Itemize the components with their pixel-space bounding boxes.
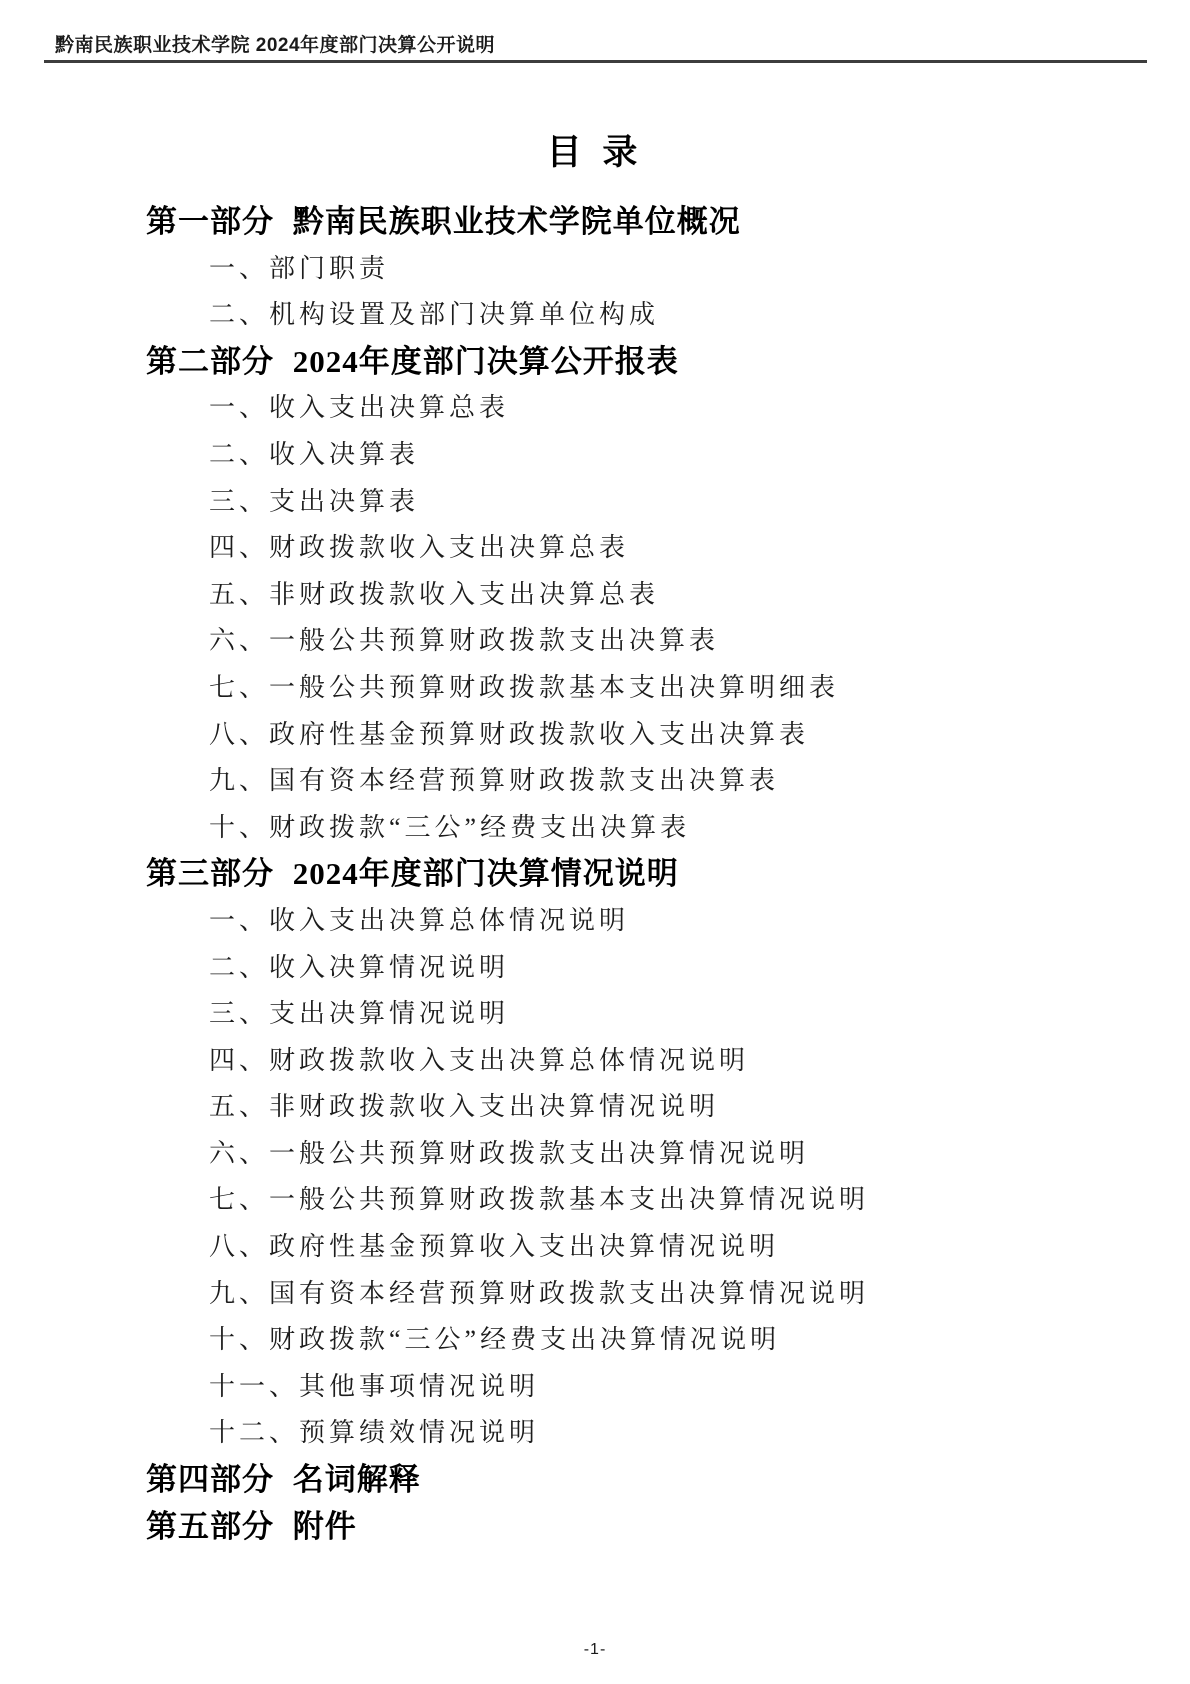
toc-item: 一、收入支出决算总体情况说明 xyxy=(0,898,1190,945)
toc-section-heading: 第二部分 2024年度部门决算公开报表 xyxy=(0,339,1190,386)
toc-item: 三、支出决算表 xyxy=(0,479,1190,526)
toc-item: 九、国有资本经营预算财政拨款支出决算表 xyxy=(0,758,1190,805)
toc-item: 二、机构设置及部门决算单位构成 xyxy=(0,292,1190,339)
toc-item: 七、一般公共预算财政拨款基本支出决算明细表 xyxy=(0,665,1190,712)
header-rule xyxy=(44,60,1147,63)
running-header: 黔南民族职业技术学院 2024年度部门决算公开说明 xyxy=(44,30,1146,57)
page-number: -1- xyxy=(0,1641,1190,1659)
toc-section-heading: 第四部分 名词解释 xyxy=(0,1457,1190,1504)
page-title: 目 录 xyxy=(0,131,1190,175)
document-page: 黔南民族职业技术学院 2024年度部门决算公开说明 目 录 第一部分 黔南民族职… xyxy=(0,0,1190,1684)
toc-item: 十一、其他事项情况说明 xyxy=(0,1364,1190,1411)
toc-item: 八、政府性基金预算收入支出决算情况说明 xyxy=(0,1224,1190,1271)
toc-item: 八、政府性基金预算财政拨款收入支出决算表 xyxy=(0,712,1190,759)
toc-item: 九、国有资本经营预算财政拨款支出决算情况说明 xyxy=(0,1271,1190,1318)
toc-item: 二、收入决算表 xyxy=(0,432,1190,479)
table-of-contents: 第一部分 黔南民族职业技术学院单位概况一、部门职责二、机构设置及部门决算单位构成… xyxy=(0,199,1190,1550)
toc-item: 六、一般公共预算财政拨款支出决算情况说明 xyxy=(0,1131,1190,1178)
toc-item: 四、财政拨款收入支出决算总表 xyxy=(0,525,1190,572)
toc-item: 十、财政拨款“三公”经费支出决算表 xyxy=(0,805,1190,852)
toc-item: 十二、预算绩效情况说明 xyxy=(0,1410,1190,1457)
toc-item: 四、财政拨款收入支出决算总体情况说明 xyxy=(0,1038,1190,1085)
toc-item: 一、部门职责 xyxy=(0,246,1190,293)
toc-item: 三、支出决算情况说明 xyxy=(0,991,1190,1038)
toc-item: 一、收入支出决算总表 xyxy=(0,385,1190,432)
toc-section-heading: 第三部分 2024年度部门决算情况说明 xyxy=(0,851,1190,898)
toc-section-heading: 第五部分 附件 xyxy=(0,1504,1190,1551)
toc-item: 五、非财政拨款收入支出决算总表 xyxy=(0,572,1190,619)
toc-item: 十、财政拨款“三公”经费支出决算情况说明 xyxy=(0,1317,1190,1364)
toc-item: 五、非财政拨款收入支出决算情况说明 xyxy=(0,1084,1190,1131)
toc-item: 七、一般公共预算财政拨款基本支出决算情况说明 xyxy=(0,1177,1190,1224)
toc-section-heading: 第一部分 黔南民族职业技术学院单位概况 xyxy=(0,199,1190,246)
toc-item: 六、一般公共预算财政拨款支出决算表 xyxy=(0,618,1190,665)
toc-item: 二、收入决算情况说明 xyxy=(0,945,1190,992)
